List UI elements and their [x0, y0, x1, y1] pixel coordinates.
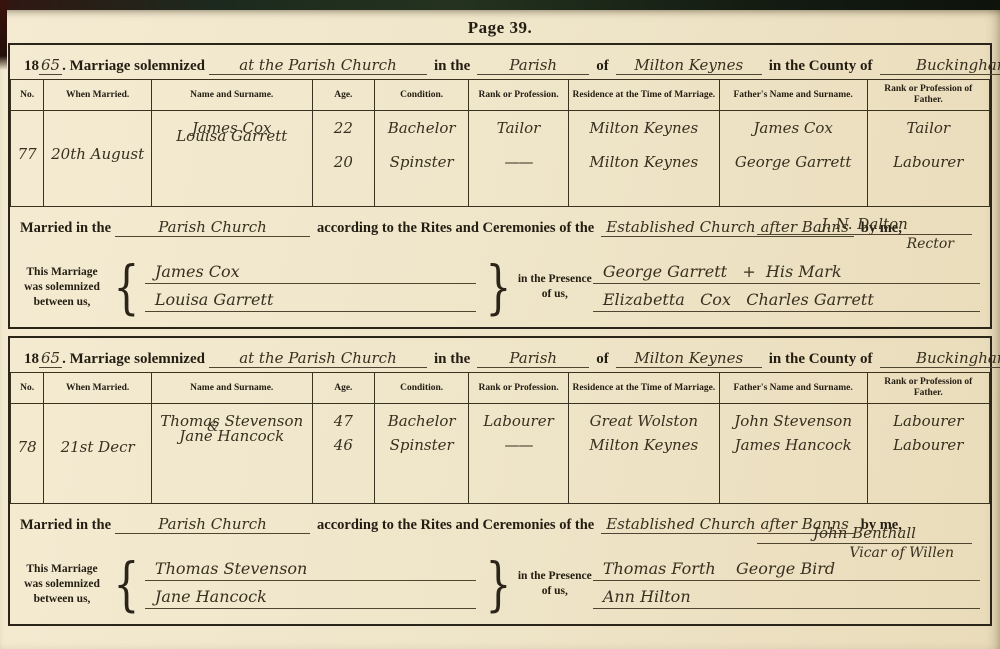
county-label: in the County of: [769, 351, 873, 368]
col-residence: Residence at the Time of Marriage.: [568, 373, 719, 404]
church-name-fill: at the Parish Church: [209, 350, 427, 368]
year-handwritten: 65: [39, 349, 62, 368]
when-married-value: 20th August: [47, 145, 148, 163]
col-no: No.: [11, 373, 44, 404]
groom-rank: Labourer: [472, 412, 565, 430]
when-married-value: 21st Decr: [47, 438, 148, 456]
book-spine-edge: [0, 0, 7, 70]
married-church-fill: Parish Church: [115, 516, 310, 534]
marriage-entry-78: 1865. Marriage solemnized at the Parish …: [8, 336, 992, 626]
col-rank: Rank or Profession.: [469, 80, 569, 111]
county-label: in the County of: [769, 58, 873, 75]
in-the-label: in the: [434, 58, 470, 75]
married-church-fill: Parish Church: [115, 219, 310, 237]
entry-header: 1865. Marriage solemnized at the Parish …: [10, 45, 990, 79]
table-row: 78 21st Decr Thomas Stevenson & Jane Han…: [11, 404, 990, 504]
rites-label: according to the Rites and Ceremonies of…: [317, 220, 594, 237]
witness-signatures: George Garrett + His Mark Elizabetta Cox…: [593, 255, 980, 319]
in-the-label: in the: [434, 351, 470, 368]
party-signatures: Thomas Stevenson Jane Hancock: [145, 552, 480, 616]
groom-father: James Cox: [723, 119, 864, 137]
groom-residence: Milton Keynes: [572, 119, 716, 137]
county-fill: Buckingham: [880, 57, 1000, 75]
bride-age: 20: [316, 153, 372, 171]
place-fill: Milton Keynes: [616, 57, 762, 75]
rites-label: according to the Rites and Ceremonies of…: [317, 517, 594, 534]
officiant-signature-block: J. N. Dalton Rector: [757, 215, 972, 252]
county-fill: Buckingham: [880, 350, 1000, 368]
col-when-married: When Married.: [44, 373, 152, 404]
entry-number: 78: [14, 438, 40, 456]
bride-father: James Hancock: [723, 436, 864, 454]
party-signatures: James Cox Louisa Garrett: [145, 255, 480, 319]
presence-label: in the Presence of us,: [517, 569, 593, 599]
groom-father: John Stevenson: [723, 412, 864, 430]
table-row: 77 20th August James Cox Louisa Garrett …: [11, 111, 990, 207]
marriage-entry-77: 1865. Marriage solemnized at the Parish …: [8, 43, 992, 329]
open-brace: {: [114, 256, 140, 318]
year-printed-prefix: 18: [24, 58, 39, 75]
officiant-signature-block: John Benthall Vicar of Willen: [757, 524, 972, 561]
officiant-title: Vicar of Willen: [757, 545, 972, 561]
of-label: of: [596, 58, 609, 75]
bride-signature: Louisa Garrett: [145, 290, 476, 312]
register-table: No. When Married. Name and Surname. Age.…: [10, 79, 990, 207]
groom-signature: Thomas Stevenson: [145, 559, 476, 581]
officiant-signature: J. N. Dalton: [757, 215, 972, 235]
witness-line-1: George Garrett + His Mark: [593, 262, 980, 284]
col-rank: Rank or Profession.: [469, 373, 569, 404]
page-number-heading: Page 39.: [0, 18, 1000, 38]
bride-residence: Milton Keynes: [572, 153, 716, 171]
groom-father-rank: Labourer: [871, 412, 986, 430]
col-no: No.: [11, 80, 44, 111]
entry-header: 1865. Marriage solemnized at the Parish …: [10, 338, 990, 372]
groom-father-rank: Tailor: [871, 119, 986, 137]
bride-condition: Spinster: [378, 436, 465, 454]
bride-father-rank: Labourer: [871, 153, 986, 171]
bride-condition: Spinster: [378, 153, 465, 171]
year-printed-prefix: 18: [24, 351, 39, 368]
parish-fill: Parish: [477, 350, 589, 368]
groom-age: 22: [316, 119, 372, 137]
church-name-fill: at the Parish Church: [209, 57, 427, 75]
bride-rank: ——: [472, 153, 565, 171]
table-header-row: No. When Married. Name and Surname. Age.…: [11, 373, 990, 404]
witness-signatures: Thomas Forth George Bird Ann Hilton: [593, 552, 980, 616]
place-fill: Milton Keynes: [616, 350, 762, 368]
col-father-name: Father's Name and Surname.: [719, 80, 867, 111]
col-residence: Residence at the Time of Marriage.: [568, 80, 719, 111]
groom-signature: James Cox: [145, 262, 476, 284]
officiant-signature: John Benthall: [757, 524, 972, 544]
solemnized-title: . Marriage solemnized: [62, 351, 205, 368]
married-in-line: Married in the Parish Church according t…: [10, 207, 990, 253]
entry-number: 77: [14, 145, 40, 163]
solemnized-title: . Marriage solemnized: [62, 58, 205, 75]
groom-residence: Great Wolston: [572, 412, 716, 430]
col-father-name: Father's Name and Surname.: [719, 373, 867, 404]
col-condition: Condition.: [375, 373, 469, 404]
col-name-surname: Name and Surname.: [151, 373, 312, 404]
col-condition: Condition.: [375, 80, 469, 111]
table-header-row: No. When Married. Name and Surname. Age.…: [11, 80, 990, 111]
this-marriage-label: This Marriage was solemnized between us,: [16, 265, 108, 310]
bride-signature: Jane Hancock: [145, 587, 476, 609]
married-in-label: Married in the: [20, 220, 111, 237]
col-father-rank: Rank or Profession of Father.: [867, 80, 989, 111]
col-age: Age.: [312, 80, 375, 111]
officiant-title: Rector: [757, 236, 972, 252]
witness-line-2: Ann Hilton: [593, 587, 980, 609]
of-label: of: [596, 351, 609, 368]
bride-father: George Garrett: [723, 153, 864, 171]
col-name-surname: Name and Surname.: [151, 80, 312, 111]
presence-label: in the Presence of us,: [517, 272, 593, 302]
bride-rank: ——: [472, 436, 565, 454]
open-brace: {: [114, 553, 140, 615]
married-in-label: Married in the: [20, 517, 111, 534]
this-marriage-label: This Marriage was solemnized between us,: [16, 562, 108, 607]
groom-rank: Tailor: [472, 119, 565, 137]
witness-line-2: Elizabetta Cox Charles Garrett: [593, 290, 980, 312]
groom-condition: Bachelor: [378, 412, 465, 430]
close-brace: }: [485, 256, 511, 318]
col-when-married: When Married.: [44, 80, 152, 111]
bride-residence: Milton Keynes: [572, 436, 716, 454]
bride-name: Louisa Garrett: [155, 127, 309, 145]
bride-age: 46: [316, 436, 372, 454]
parish-fill: Parish: [477, 57, 589, 75]
year-handwritten: 65: [39, 56, 62, 75]
register-table: No. When Married. Name and Surname. Age.…: [10, 372, 990, 504]
solemnized-block: This Marriage was solemnized between us,…: [10, 253, 990, 327]
close-brace: }: [485, 553, 511, 615]
bride-father-rank: Labourer: [871, 436, 986, 454]
married-in-line: Married in the Parish Church according t…: [10, 504, 990, 550]
register-page: Page 39. 1865. Marriage solemnized at th…: [0, 10, 1000, 649]
witness-line-1: Thomas Forth George Bird: [593, 559, 980, 581]
col-age: Age.: [312, 373, 375, 404]
col-father-rank: Rank or Profession of Father.: [867, 373, 989, 404]
groom-condition: Bachelor: [378, 119, 465, 137]
groom-age: 47: [316, 412, 372, 430]
solemnized-block: This Marriage was solemnized between us,…: [10, 550, 990, 624]
